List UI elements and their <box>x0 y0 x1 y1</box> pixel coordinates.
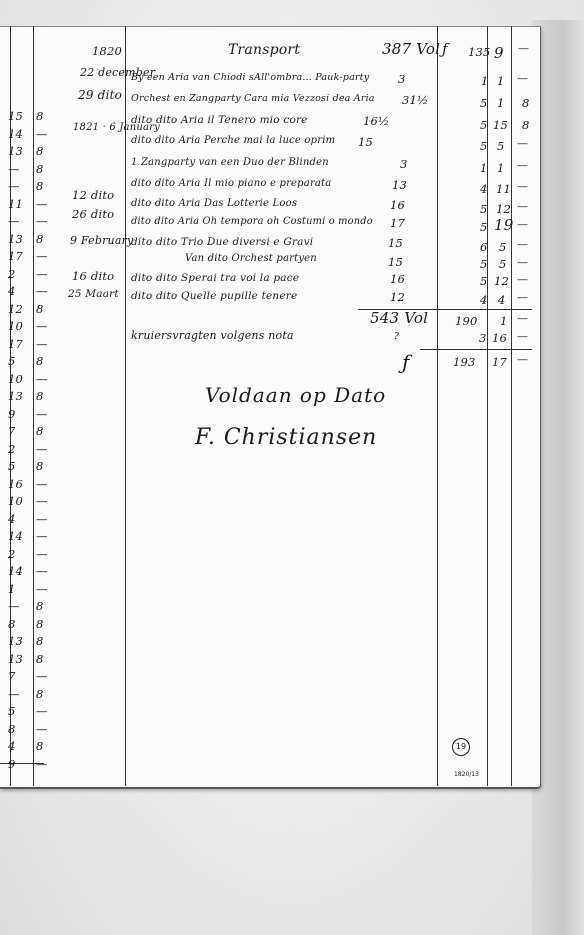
entry-description: 1 Zangparty van een Duo der Blinden <box>131 157 329 168</box>
entry-guilders: 4 <box>480 182 488 196</box>
margin-value: 8 <box>36 162 44 176</box>
entry-penningen: — <box>517 159 528 172</box>
entry-stuivers: 19 <box>494 216 514 234</box>
margin-value: 7 <box>8 669 16 683</box>
margin-value: — <box>36 529 48 543</box>
margin-value: — <box>36 214 48 228</box>
margin-value: 10 <box>8 494 23 508</box>
folio-number: 19 <box>452 738 470 756</box>
entry-guilders: 4 <box>480 293 488 307</box>
margin-value: — <box>36 494 48 508</box>
entry-vols: 15 <box>388 255 403 269</box>
entry-description: dito dito Sperai tra voi la pace <box>131 272 299 284</box>
entry-vols: 16 <box>390 198 405 212</box>
entry-penningen: — <box>517 256 528 269</box>
margin-value: 8 <box>36 232 44 246</box>
margin-value: — <box>36 197 48 211</box>
subtotal-guilders: 190 <box>455 314 478 328</box>
entry-penningen: — <box>517 218 528 231</box>
entry-description: By een Aria van Chiodi sAll'ombra... Pau… <box>131 72 369 83</box>
entry-date: 9 February <box>70 234 133 247</box>
entry-penningen: — <box>517 291 528 304</box>
margin-value: — <box>36 127 48 141</box>
total-guilders: 193 <box>453 355 476 369</box>
entry-guilders: 5 <box>480 274 488 288</box>
margin-value: 4 <box>8 284 16 298</box>
volume-carried: 387 Vol <box>382 40 440 58</box>
porterage-stuivers: 16 <box>492 331 507 345</box>
margin-value: 8 <box>36 109 44 123</box>
header-guilders: 135 <box>468 45 491 59</box>
margin-value: 14 <box>8 564 23 578</box>
margin-value: 17 <box>8 337 23 351</box>
header-penningen: — <box>518 42 529 55</box>
entry-description: dito dito Aria Oh tempora oh Costumi o m… <box>131 216 373 227</box>
porterage-description: kruiersvragten volgens nota <box>131 329 294 342</box>
entry-vols: 15 <box>388 236 403 250</box>
margin-value: 8 <box>36 144 44 158</box>
entry-date: 26 dito <box>72 207 114 221</box>
entry-vols: 13 <box>392 178 407 192</box>
column-rule <box>33 26 34 786</box>
margin-value: — <box>8 214 20 228</box>
entry-penningen: — <box>517 137 528 150</box>
entry-description: dito dito Trio Due diversi e Gravi <box>131 236 313 248</box>
entry-date: 25 Maart <box>68 288 119 300</box>
margin-value: — <box>8 599 20 613</box>
margin-value: 5 <box>8 459 16 473</box>
entry-date: 16 dito <box>72 269 114 283</box>
margin-value: 8 <box>36 687 44 701</box>
margin-value: — <box>36 372 48 386</box>
entry-guilders: 6 <box>480 240 488 254</box>
entry-vols: 17 <box>390 216 405 230</box>
total-penningen: — <box>517 353 528 366</box>
margin-value: 8 <box>36 302 44 316</box>
entry-description: dito dito Aria Perche mai la luce oprim <box>131 135 335 146</box>
entry-guilders: 5 <box>480 257 488 271</box>
margin-value: — <box>36 704 48 718</box>
entry-penningen: — <box>517 238 528 251</box>
margin-value: 8 <box>36 739 44 753</box>
entry-guilders: 5 <box>480 118 488 132</box>
margin-value: 12 <box>8 302 23 316</box>
subtotal-stuivers: 1 <box>500 314 508 328</box>
margin-value: — <box>36 564 48 578</box>
margin-value: 14 <box>8 529 23 543</box>
margin-value: — <box>36 407 48 421</box>
margin-value: — <box>36 722 48 736</box>
entry-penningen: — <box>517 180 528 193</box>
entry-stuivers: 1 <box>497 74 505 88</box>
margin-value: 1 <box>8 582 16 596</box>
subtotal-penningen: — <box>517 312 528 325</box>
entry-guilders: 5 <box>480 96 488 110</box>
margin-value: — <box>36 547 48 561</box>
entry-date: 1821 · 6 January <box>73 122 160 133</box>
transport-heading: Transport <box>228 42 300 58</box>
margin-value: 13 <box>8 232 23 246</box>
entry-vols: 3 <box>398 72 406 86</box>
entry-vols: 16 <box>390 272 405 286</box>
margin-value: 8 <box>36 354 44 368</box>
margin-value: — <box>8 687 20 701</box>
margin-value: 13 <box>8 389 23 403</box>
margin-value: 14 <box>8 127 23 141</box>
total-stuivers: 17 <box>492 355 507 369</box>
margin-value: — <box>36 284 48 298</box>
margin-value: — <box>8 162 20 176</box>
entry-penningen: — <box>517 200 528 213</box>
entry-vols: 15 <box>358 135 373 149</box>
margin-value: 13 <box>8 652 23 666</box>
entry-guilders: 1 <box>480 161 488 175</box>
entry-guilders: 5 <box>480 202 488 216</box>
entry-guilders: 1 <box>481 74 489 88</box>
subtotal-vols: 543 Vol <box>370 309 428 327</box>
margin-value: — <box>36 477 48 491</box>
column-rule <box>511 26 512 786</box>
margin-value: 4 <box>8 512 16 526</box>
margin-value: 7 <box>8 424 16 438</box>
entry-stuivers: 5 <box>499 240 507 254</box>
currency-sign: ƒ <box>442 40 448 58</box>
entry-stuivers: 12 <box>494 274 509 288</box>
margin-value: 5 <box>8 354 16 368</box>
margin-value: 15 <box>8 109 23 123</box>
margin-value: 8 <box>36 599 44 613</box>
margin-value: — <box>36 249 48 263</box>
margin-value: 13 <box>8 634 23 648</box>
entry-stuivers: 1 <box>497 161 505 175</box>
margin-value: — <box>36 442 48 456</box>
entry-stuivers: 15 <box>493 118 508 132</box>
margin-value: — <box>36 669 48 683</box>
entry-guilders: 5 <box>480 139 488 153</box>
margin-value: 8 <box>36 459 44 473</box>
margin-value: 10 <box>8 372 23 386</box>
porterage-penningen: — <box>517 330 528 343</box>
entry-date: 12 dito <box>72 188 114 202</box>
entry-vols: 12 <box>390 290 405 304</box>
margin-value: 8 <box>8 617 16 631</box>
porterage-mark: ? <box>394 332 399 342</box>
entry-stuivers: 11 <box>496 182 511 196</box>
total-rule <box>420 349 532 350</box>
margin-value: — <box>36 267 48 281</box>
margin-value: 8 <box>36 424 44 438</box>
entry-vols: 16½ <box>363 114 389 128</box>
margin-value: 2 <box>8 547 16 561</box>
total-currency-sign: ƒ <box>402 350 410 374</box>
margin-value: 9 <box>8 407 16 421</box>
margin-value: 2 <box>8 267 16 281</box>
column-rule <box>125 26 126 786</box>
margin-value: — <box>36 582 48 596</box>
entry-penningen: 8 <box>522 96 530 110</box>
margin-value: 8 <box>36 389 44 403</box>
entry-description: Orchest en Zangparty Cara mia Vezzosi de… <box>131 93 375 104</box>
margin-value: 9 <box>8 757 16 771</box>
year-1820: 1820 <box>92 44 122 58</box>
header-stuivers: 9 <box>494 44 504 62</box>
entry-stuivers: 1 <box>497 96 505 110</box>
margin-value: 17 <box>8 249 23 263</box>
margin-value: 13 <box>8 144 23 158</box>
entry-stuivers: 5 <box>499 257 507 271</box>
entry-guilders: 5 <box>480 220 488 234</box>
entry-vols: 31½ <box>402 93 428 107</box>
entry-description: dito dito Aria Das Lotterie Loos <box>131 198 297 209</box>
entry-description: Van dito Orchest partyen <box>185 253 317 264</box>
archive-reference: 1820/13 <box>454 771 479 778</box>
paid-note: Voldaan op Dato <box>205 383 386 407</box>
entry-penningen: — <box>517 72 528 85</box>
margin-value: — <box>36 319 48 333</box>
margin-value: 4 <box>8 739 16 753</box>
signature: F. Christiansen <box>195 425 377 450</box>
entry-stuivers: 12 <box>496 202 511 216</box>
entry-description: dito dito Aria Il mio piano e preparata <box>131 178 331 189</box>
margin-value: 11 <box>8 197 23 211</box>
entry-date: 29 dito <box>78 88 122 102</box>
margin-value: 2 <box>8 442 16 456</box>
margin-value: 8 <box>36 179 44 193</box>
entry-penningen: — <box>517 273 528 286</box>
margin-value: 8 <box>36 634 44 648</box>
entry-stuivers: 4 <box>498 293 506 307</box>
margin-value: 8 <box>36 652 44 666</box>
entry-description: dito dito Quelle pupille tenere <box>131 290 297 302</box>
margin-value: — <box>8 179 20 193</box>
margin-value: 8 <box>8 722 16 736</box>
margin-value: 8 <box>36 617 44 631</box>
margin-value: 10 <box>8 319 23 333</box>
column-rule <box>437 26 438 786</box>
margin-value: — <box>36 337 48 351</box>
margin-value: 16 <box>8 477 23 491</box>
margin-value: 5 <box>8 704 16 718</box>
margin-value: — <box>36 757 48 771</box>
entry-vols: 3 <box>400 157 408 171</box>
margin-value: — <box>36 512 48 526</box>
entry-penningen: 8 <box>522 118 530 132</box>
entry-stuivers: 5 <box>497 139 505 153</box>
porterage-guilders: 3 <box>479 331 487 345</box>
